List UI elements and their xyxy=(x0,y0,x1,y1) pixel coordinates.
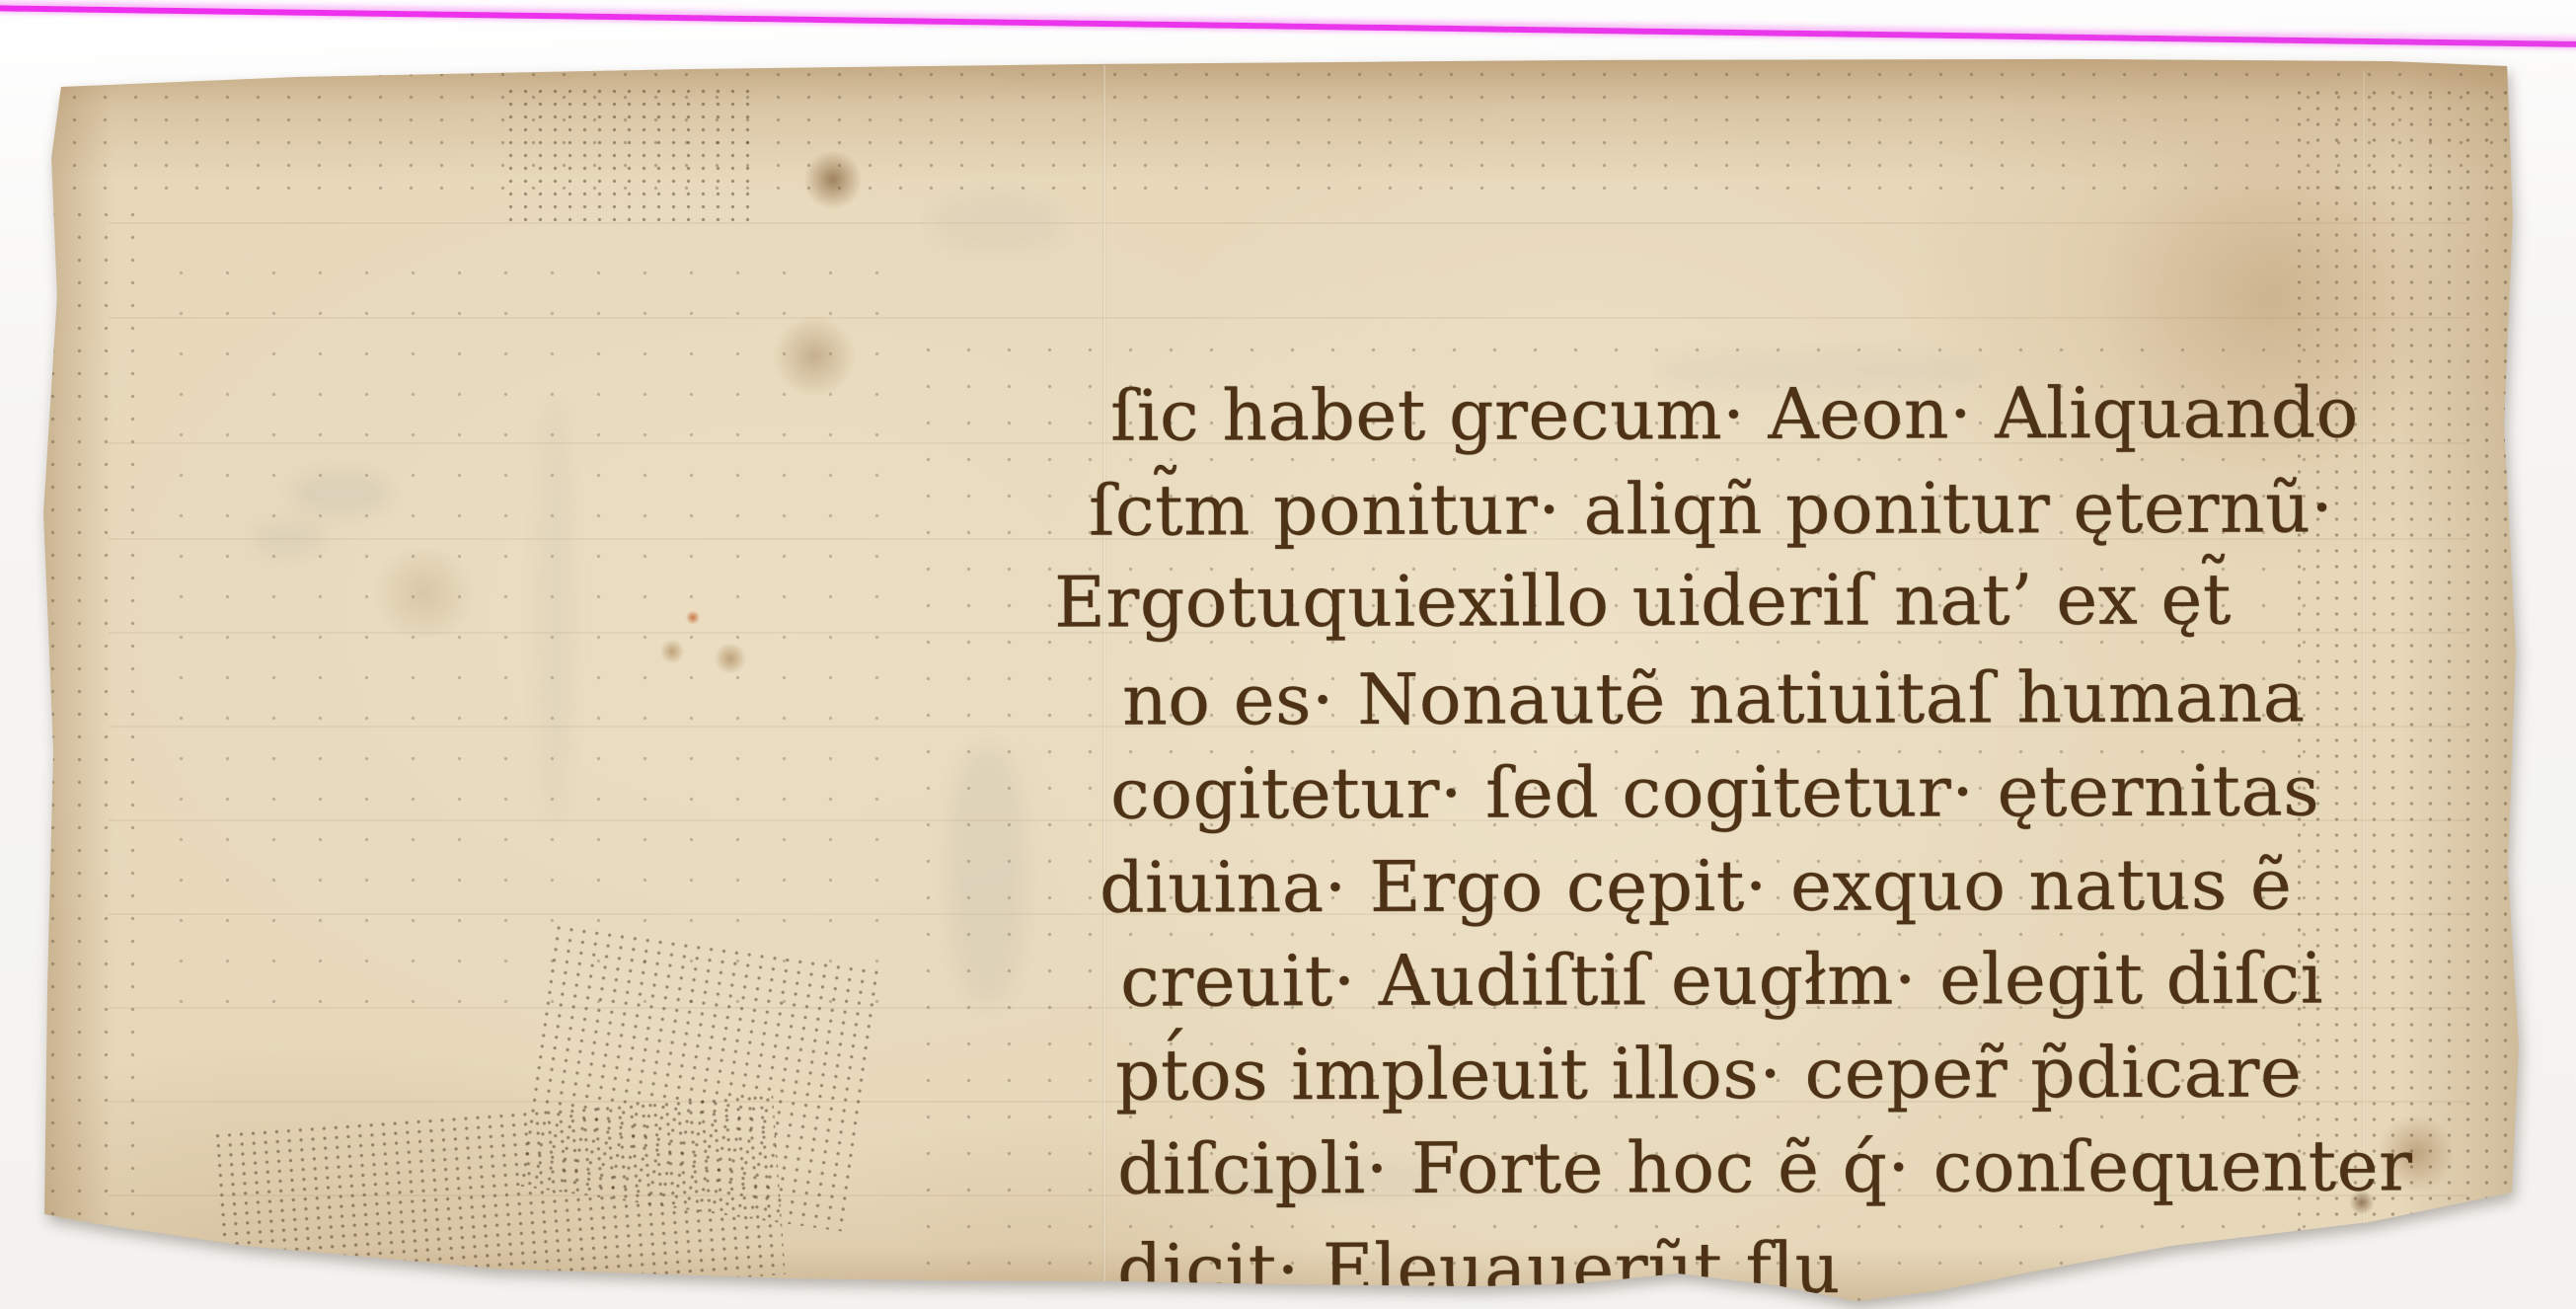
text-line-5: cogitetur· ſed cogitetur· ęternitas xyxy=(1110,755,2319,828)
speckle-cluster xyxy=(503,85,760,223)
ruling-line xyxy=(109,317,2467,319)
speckle-sparse-field xyxy=(158,253,908,1003)
scanned-page: ſic habet grecum· Aeon· Aliquando ſct̃m … xyxy=(0,0,2576,1309)
stain xyxy=(659,640,685,663)
stain xyxy=(770,317,859,396)
text-line-1: ſic habet grecum· Aeon· Aliquando xyxy=(1110,377,2359,450)
text-line-4: no es· Nonautẽ natiuitaſ humana xyxy=(1122,661,2306,734)
showthrough-mark xyxy=(252,519,326,559)
text-line-7: creuit· Audiſtiſ eugłm· elegit diſci xyxy=(1120,943,2323,1016)
text-line-8: pt́os impleuit illos· ceper̃ p̃dicare xyxy=(1115,1037,2303,1110)
fold-crease xyxy=(2362,70,2366,1235)
showthrough-mark xyxy=(947,746,1026,1003)
text-line-6: diuina· Ergo cępit· exquo natus ẽ xyxy=(1099,849,2293,922)
speckle-right-band xyxy=(2290,85,2522,1240)
stain xyxy=(713,644,748,673)
vellum-surface: ſic habet grecum· Aeon· Aliquando ſct̃m … xyxy=(39,55,2525,1309)
stain xyxy=(365,549,484,638)
parchment-fragment: ſic habet grecum· Aeon· Aliquando ſct̃m … xyxy=(39,55,2525,1309)
text-line-2: ſct̃m ponitur· aliqñ ponitur ęternũ· xyxy=(1089,472,2334,545)
speckle-top-band xyxy=(59,63,2497,192)
ruling-line xyxy=(109,222,2467,224)
text-line-10-torn: dicit· Eleuauerũt flu xyxy=(1117,1233,1841,1305)
speckle-cluster xyxy=(211,1092,786,1309)
fold-crease xyxy=(1102,65,1106,1299)
red-speck xyxy=(686,611,700,624)
speckle-cluster xyxy=(516,922,885,1233)
ink-stain xyxy=(804,149,862,210)
showthrough-mark xyxy=(933,193,1061,253)
text-line-9: diſcipli· Forte hoc ẽ q́· conſequenter xyxy=(1117,1130,2413,1203)
showthrough-streak xyxy=(538,401,571,825)
speckle-left-band xyxy=(39,203,158,1240)
text-line-3: Ergotuquiexillo uideriſ nat’ ex ęt̃ xyxy=(1054,564,2232,637)
showthrough-mark xyxy=(291,470,390,517)
